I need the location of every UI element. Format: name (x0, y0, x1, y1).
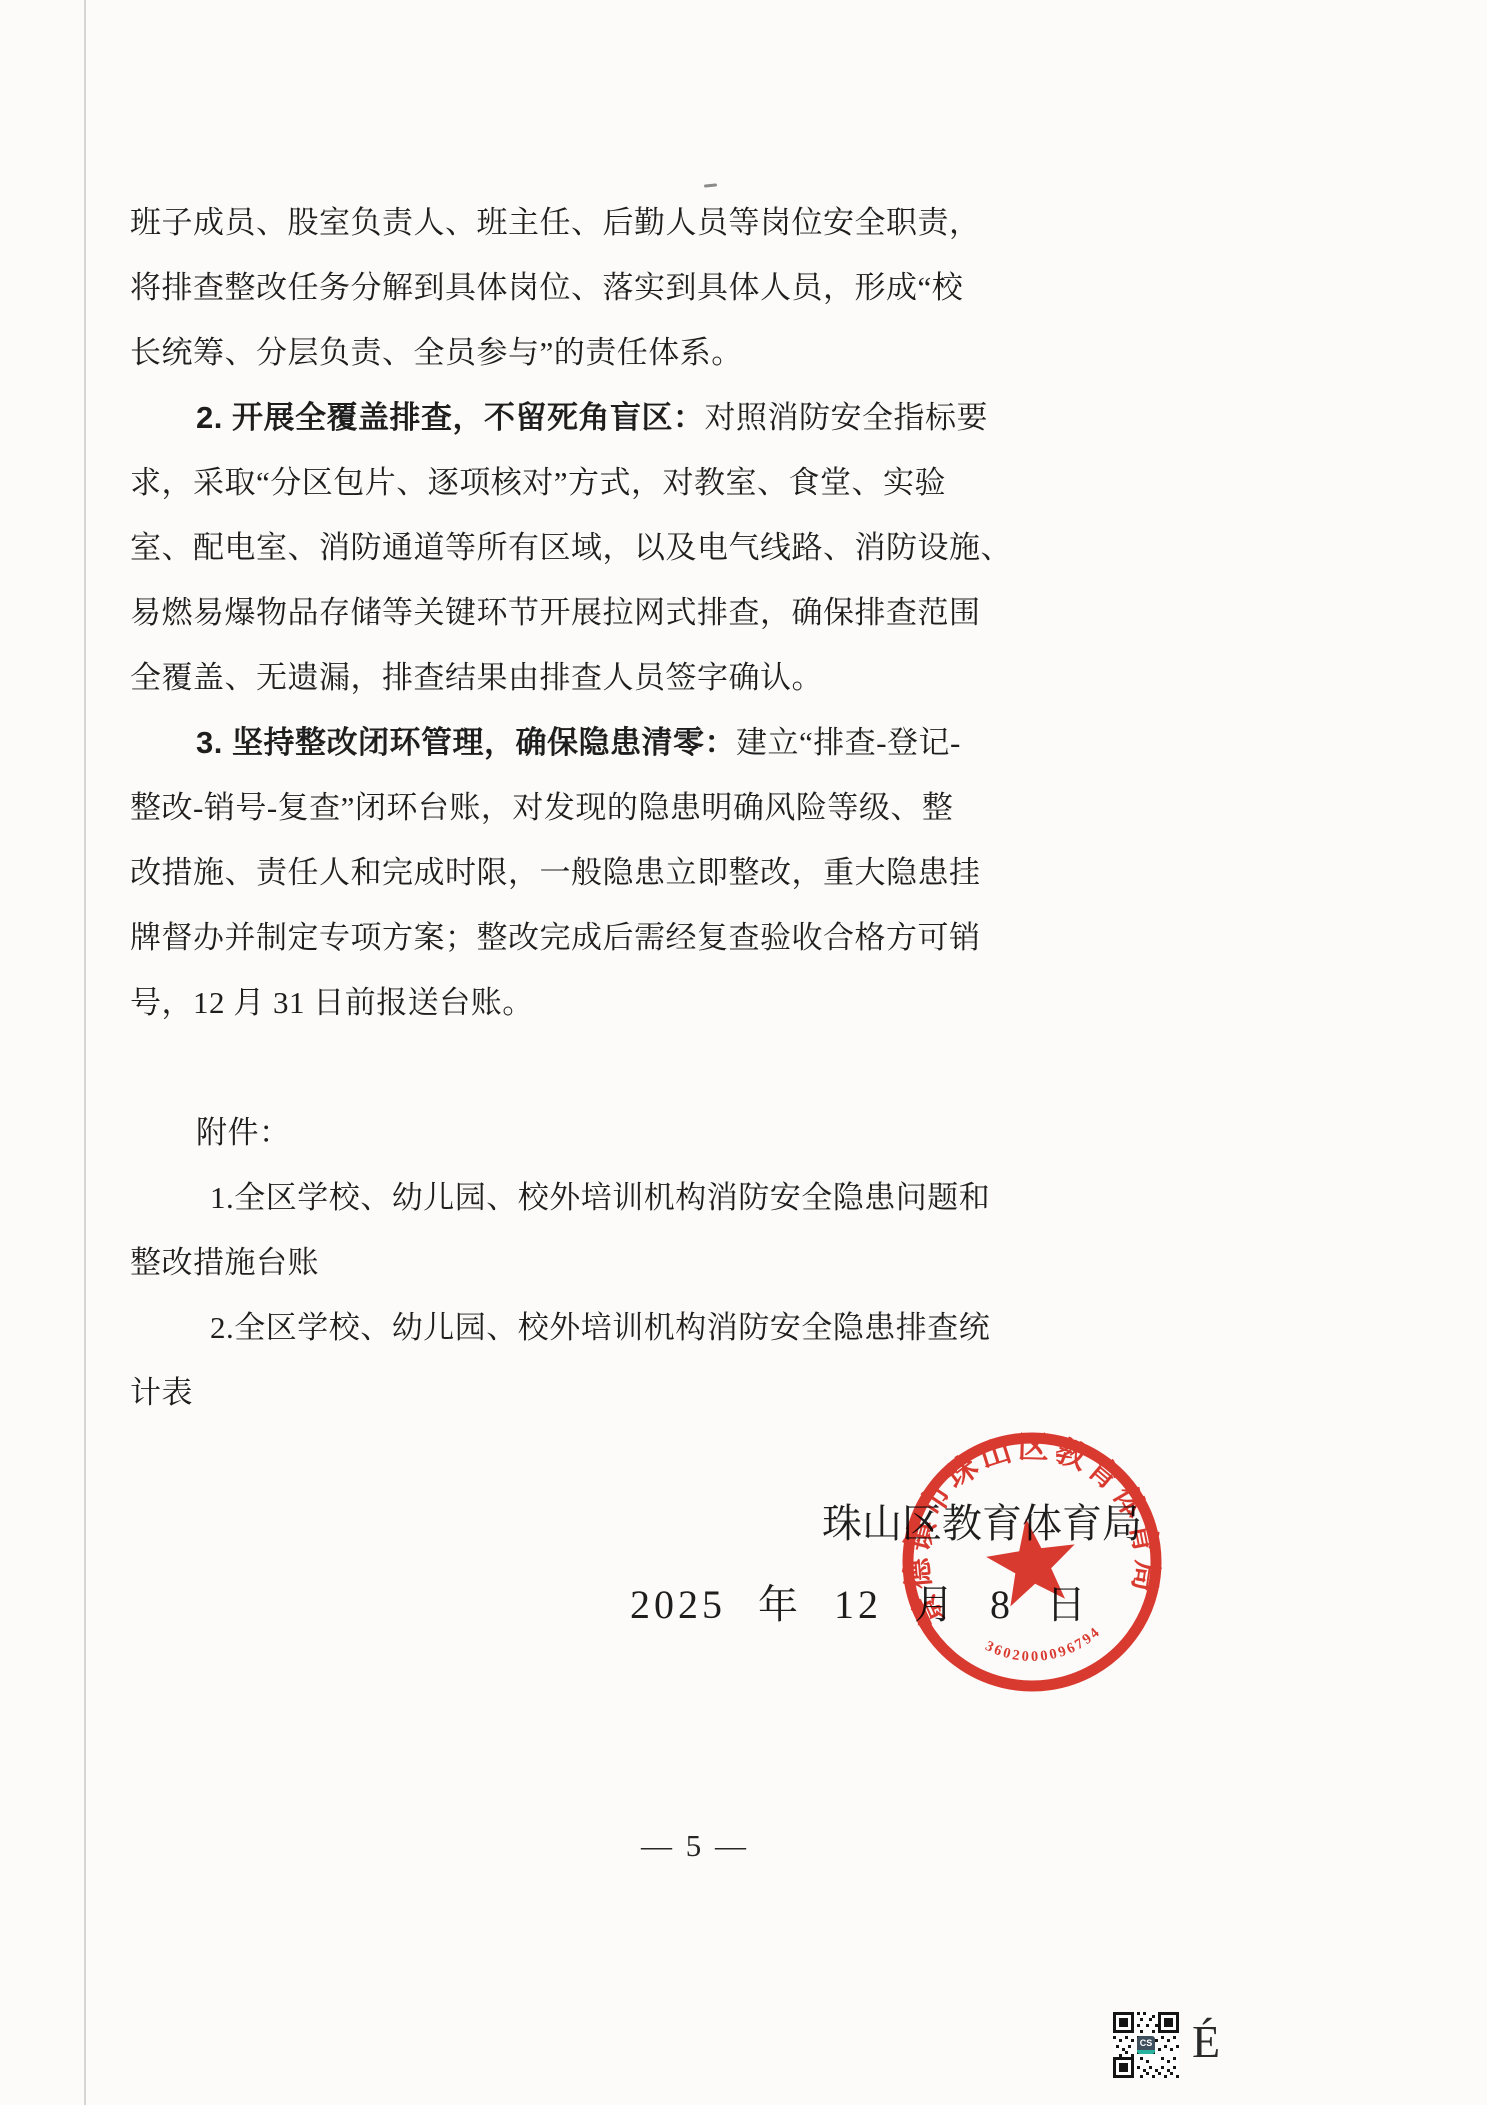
attachments-label: 附件： (130, 1100, 942, 1165)
body-line-12: 牌督办并制定专项方案；整改完成后需经复查验收合格方可销 (130, 905, 942, 970)
attachment-2-line-1: 2.全区学校、幼儿园、校外培训机构消防安全隐患排查统 (130, 1295, 942, 1360)
scan-edge-line (84, 0, 86, 2105)
body-line-1: 班子成员、股室负责人、班主任、后勤人员等岗位安全职责， (130, 190, 942, 255)
body-line-2: 将排查整改任务分解到具体岗位、落实到具体人员，形成“校 (130, 255, 942, 320)
body-line-10: 整改-销号-复查”闭环台账，对发现的隐患明确风险等级、整 (130, 775, 942, 840)
seal-serial-number: 3602000096794 (981, 1622, 1107, 1672)
body-line-9: 3. 坚持整改闭环管理，确保隐患清零：建立“排查-登记- (130, 710, 942, 775)
attachment-1-line-1: 1.全区学校、幼儿园、校外培训机构消防安全隐患问题和 (130, 1165, 942, 1230)
official-seal: 景德镇市珠山区教育体育局 3602000096794 (878, 1408, 1185, 1715)
body-line-5: 求，采取“分区包片、逐项核对”方式，对教室、食堂、实验 (130, 450, 942, 515)
body-line-11: 改措施、责任人和完成时限，一般隐患立即整改，重大隐患挂 (130, 840, 942, 905)
scanned-document-page: 班子成员、股室负责人、班主任、后勤人员等岗位安全职责， 将排查整改任务分解到具体… (0, 0, 1487, 2105)
body-line-7: 易燃易爆物品存储等关键环节开展拉网式排查，确保排查范围 (130, 580, 942, 645)
camscanner-badge-bar (1137, 2050, 1155, 2054)
body-line-3: 长统筹、分层负责、全员参与”的责任体系。 (130, 320, 942, 385)
scan-speck (704, 183, 717, 187)
seal-star-icon (982, 1512, 1082, 1609)
attachment-2-line-2: 计表 (130, 1360, 942, 1425)
document-body: 班子成员、股室负责人、班主任、后勤人员等岗位安全职责， 将排查整改任务分解到具体… (130, 190, 942, 1425)
body-line-6: 室、配电室、消防通道等所有区域，以及电气线路、消防设施、 (130, 515, 942, 580)
body-line-13: 号，12 月 31 日前报送台账。 (130, 970, 942, 1035)
qr-code-watermark: CS (1113, 2012, 1179, 2078)
blank-line (130, 1035, 942, 1100)
body-line-4: 2. 开展全覆盖排查，不留死角盲区：对照消防安全指标要 (130, 385, 942, 450)
scan-artifact-glyph: É (1192, 2016, 1220, 2068)
body-line-8: 全覆盖、无遗漏，排查结果由排查人员签字确认。 (130, 645, 942, 710)
camscanner-badge: CS (1137, 2036, 1155, 2054)
attachment-1-line-2: 整改措施台账 (130, 1230, 942, 1295)
camscanner-badge-label: CS (1140, 2036, 1153, 2050)
page-number: — 5 — (600, 1828, 790, 1864)
